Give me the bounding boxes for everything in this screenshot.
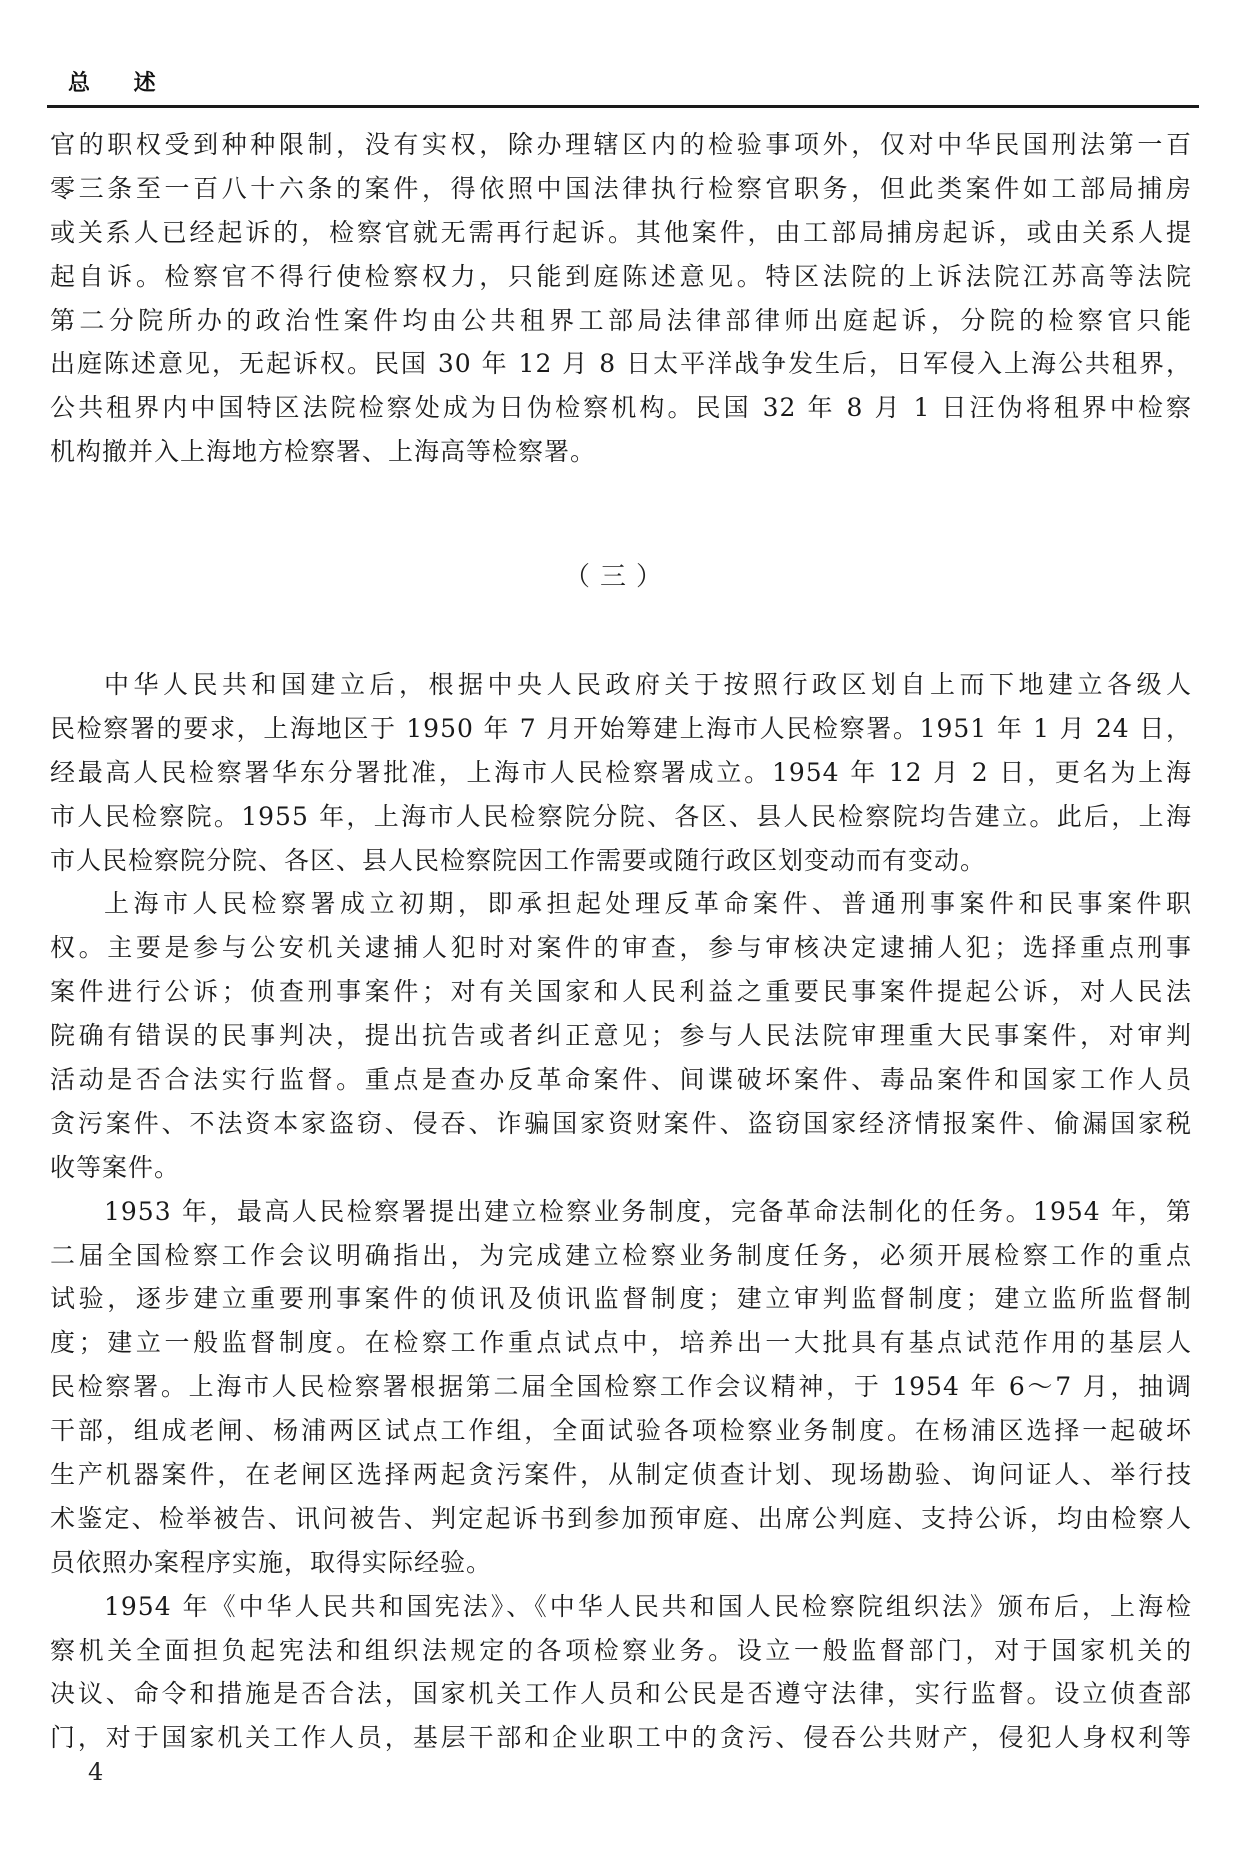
text-line: 中华人民共和国建立后，根据中央人民政府关于按照行政区划自上而下地建立各级人 xyxy=(50,663,1192,707)
text-line: 案件进行公诉；侦查刑事案件；对有关国家和人民利益之重要民事案件提起公诉，对人民法 xyxy=(50,970,1192,1014)
header-rule xyxy=(47,105,1199,108)
page-number: 4 xyxy=(88,1758,103,1786)
text-line: 公共租界内中国特区法院检察处成为日伪检察机构。民国 32 年 8 月 1 日汪伪… xyxy=(50,386,1192,430)
text-line: 决议、命令和措施是否合法，国家机关工作人员和公民是否遵守法律，实行监督。设立侦查… xyxy=(50,1672,1192,1716)
text-line: 市人民检察院。1955 年，上海市人民检察院分院、各区、县人民检察院均告建立。此… xyxy=(50,795,1192,839)
text-line: 收等案件。 xyxy=(50,1146,1192,1190)
text-line: 员依照办案程序实施，取得实际经验。 xyxy=(50,1541,1192,1585)
text-line: 官的职权受到种种限制，没有实权，除办理辖区内的检验事项外，仅对中华民国刑法第一百 xyxy=(50,123,1192,167)
text-line: 贪污案件、不法资本家盗窃、侵吞、诈骗国家资财案件、盗窃国家经济情报案件、偷漏国家… xyxy=(50,1102,1192,1146)
text-line: 经最高人民检察署华东分署批准，上海市人民检察署成立。1954 年 12 月 2 … xyxy=(50,751,1192,795)
text-line: 民检察署的要求，上海地区于 1950 年 7 月开始筹建上海市人民检察署。195… xyxy=(50,707,1192,751)
text-line: 或关系人已经起诉的，检察官就无需再行起诉。其他案件，由工部局捕房起诉，或由关系人… xyxy=(50,211,1192,255)
paragraph-block-continued: 官的职权受到种种限制，没有实权，除办理辖区内的检验事项外，仅对中华民国刑法第一百… xyxy=(50,123,1192,474)
text-line: 术鉴定、检举被告、讯问被告、判定起诉书到参加预审庭、出席公判庭、支持公诉，均由检… xyxy=(50,1497,1192,1541)
text-line: 1953 年，最高人民检察署提出建立检察业务制度，完备革命法制化的任务。1954… xyxy=(50,1190,1192,1234)
text-line: 第二分院所办的政治性案件均由公共租界工部局法律部律师出庭起诉，分院的检察官只能 xyxy=(50,299,1192,343)
text-line: 1954 年《中华人民共和国宪法》、《中华人民共和国人民检察院组织法》颁布后，上… xyxy=(50,1585,1192,1629)
text-line: 生产机器案件，在老闸区选择两起贪污案件，从制定侦查计划、现场勘验、询问证人、举行… xyxy=(50,1453,1192,1497)
text-line: 试验，逐步建立重要刑事案件的侦讯及侦讯监督制度；建立审判监督制度；建立监所监督制 xyxy=(50,1277,1192,1321)
text-line: 门，对于国家机关工作人员，基层干部和企业职工中的贪污、侵吞公共财产，侵犯人身权利… xyxy=(50,1716,1192,1760)
section-heading: （三） xyxy=(0,556,1236,593)
text-line: 民检察署。上海市人民检察署根据第二届全国检察工作会议精神，于 1954 年 6～… xyxy=(50,1365,1192,1409)
text-line: 机构撤并入上海地方检察署、上海高等检察署。 xyxy=(50,430,1192,474)
text-line: 察机关全面担负起宪法和组织法规定的各项检察业务。设立一般监督部门，对于国家机关的 xyxy=(50,1629,1192,1673)
text-line: 二届全国检察工作会议明确指出，为完成建立检察业务制度任务，必须开展检察工作的重点 xyxy=(50,1234,1192,1278)
text-line: 市人民检察院分院、各区、县人民检察院因工作需要或随行政区划变动而有变动。 xyxy=(50,839,1192,883)
text-line: 出庭陈述意见，无起诉权。民国 30 年 12 月 8 日太平洋战争发生后，日军侵… xyxy=(50,342,1192,386)
text-line: 度；建立一般监督制度。在检察工作重点试点中，培养出一大批具有基点试范作用的基层人 xyxy=(50,1321,1192,1365)
text-line: 活动是否合法实行监督。重点是查办反革命案件、间谍破坏案件、毒品案件和国家工作人员 xyxy=(50,1058,1192,1102)
text-line: 院确有错误的民事判决，提出抗告或者纠正意见；参与人民法院审理重大民事案件，对审判 xyxy=(50,1014,1192,1058)
text-line: 零三条至一百八十六条的案件，得依照中国法律执行检察官职务，但此类案件如工部局捕房 xyxy=(50,167,1192,211)
text-line: 上海市人民检察署成立初期，即承担起处理反革命案件、普通刑事案件和民事案件职 xyxy=(50,882,1192,926)
section-three-body: 中华人民共和国建立后，根据中央人民政府关于按照行政区划自上而下地建立各级人 民检… xyxy=(50,663,1192,1760)
text-line: 起自诉。检察官不得行使检察权力，只能到庭陈述意见。特区法院的上诉法院江苏高等法院 xyxy=(50,255,1192,299)
text-line: 干部，组成老闸、杨浦两区试点工作组，全面试验各项检察业务制度。在杨浦区选择一起破… xyxy=(50,1409,1192,1453)
running-head: 总 述 xyxy=(68,66,174,97)
text-line: 权。主要是参与公安机关逮捕人犯时对案件的审查，参与审核决定逮捕人犯；选择重点刑事 xyxy=(50,926,1192,970)
